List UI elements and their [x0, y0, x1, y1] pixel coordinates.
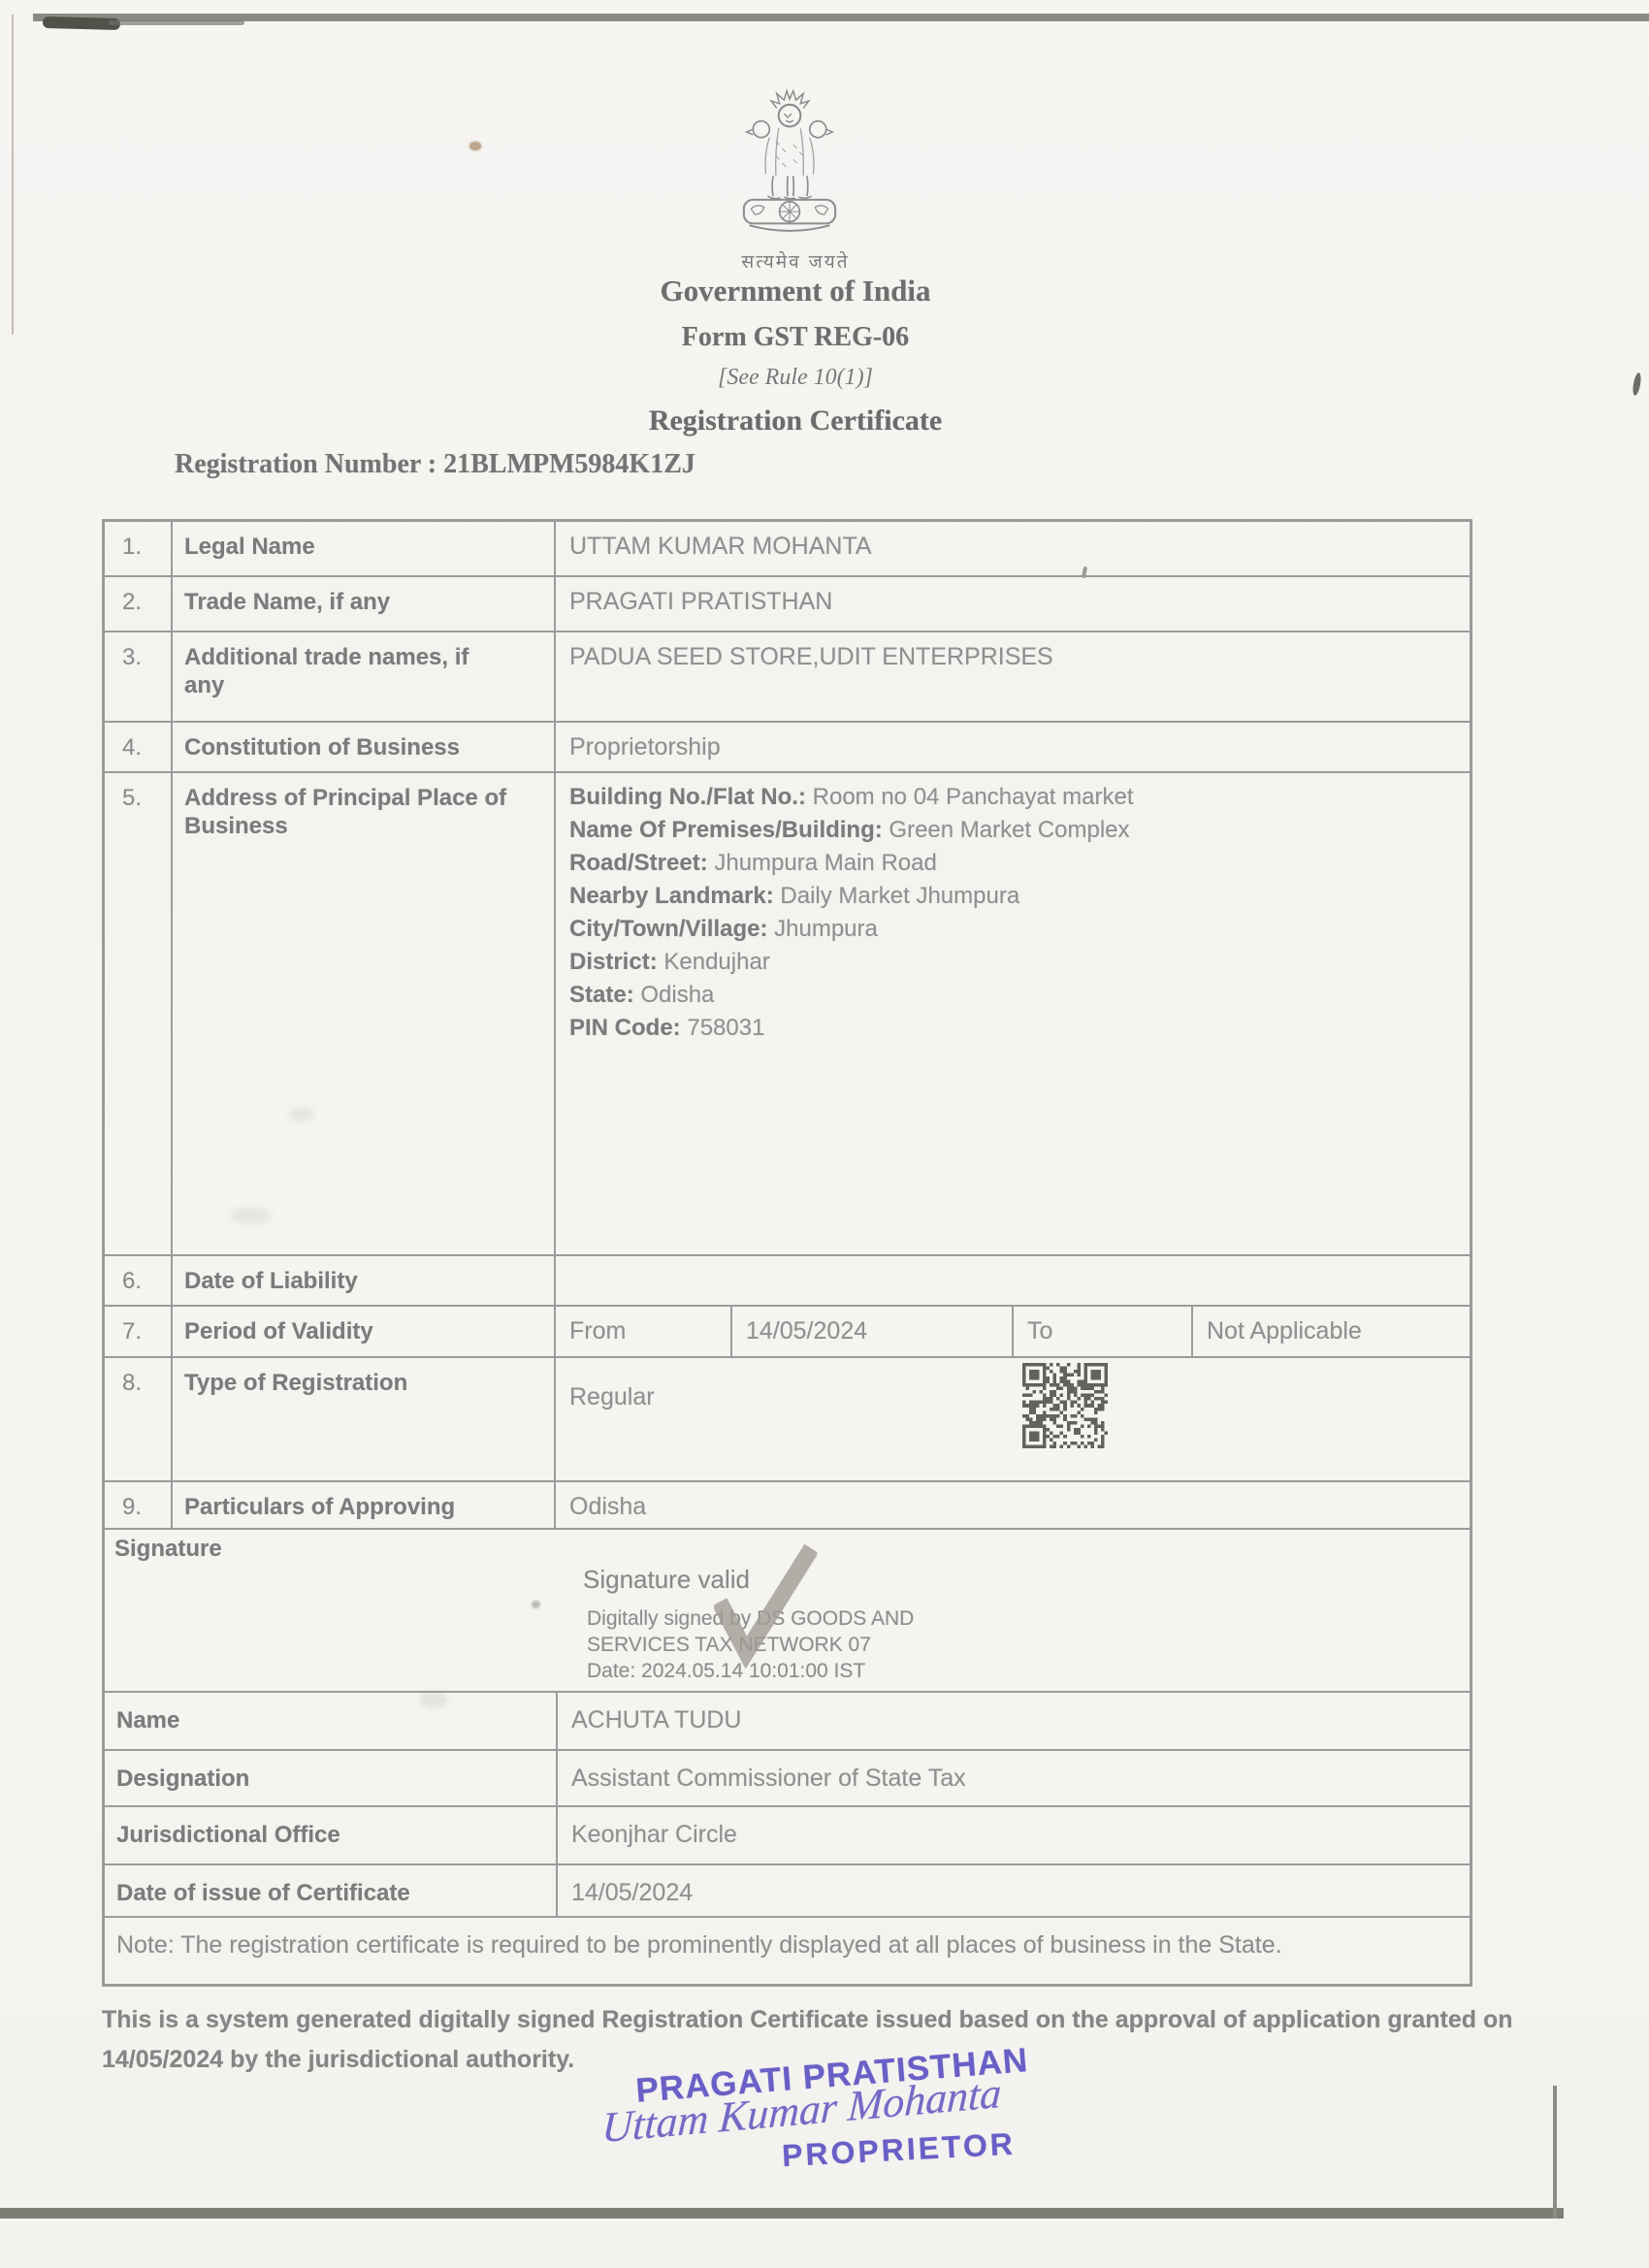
table-row-constitution: 4. Constitution of Business Proprietorsh…	[105, 721, 1470, 771]
row-number: 6.	[105, 1256, 171, 1305]
address-field-value: Kendujhar	[663, 949, 769, 975]
address-field-label: State:	[569, 982, 634, 1008]
row-value: Regular	[569, 1383, 655, 1410]
registration-number-value: 21BLMPM5984K1ZJ	[443, 449, 695, 479]
row-number: 5.	[105, 773, 171, 1254]
scan-right-edge	[1553, 2086, 1557, 2219]
validity-from-label: From	[556, 1307, 730, 1356]
table-row-trade-name: 2. Trade Name, if any PRAGATI PRATISTHAN	[105, 575, 1470, 631]
address-line: PIN Code: 758031	[569, 1012, 1456, 1045]
row-label: Name	[105, 1693, 556, 1749]
registration-number: Registration Number : 21BLMPM5984K1ZJ	[175, 449, 695, 480]
address-line: Road/Street: Jhumpura Main Road	[569, 847, 1456, 880]
row-value: Keonjhar Circle	[556, 1807, 1470, 1863]
address-field-value: 758031	[687, 1015, 764, 1041]
address-line: Name Of Premises/Building: Green Market …	[569, 814, 1456, 847]
signature-check-icon	[707, 1533, 819, 1686]
validity-from-value: 14/05/2024	[730, 1307, 1012, 1356]
row-label: Date of Liability	[171, 1256, 554, 1305]
address-line: Nearby Landmark: Daily Market Jhumpura	[569, 880, 1456, 913]
row-number: 7.	[105, 1307, 171, 1356]
registration-number-label: Registration Number :	[175, 449, 436, 479]
row-label: Constitution of Business	[171, 723, 554, 771]
address-field-label: Building No./Flat No.:	[569, 784, 806, 810]
table-row-officer-name: Name ACHUTA TUDU	[105, 1691, 1470, 1749]
ashoka-emblem-icon	[726, 87, 854, 244]
address-field-label: District:	[569, 949, 658, 975]
address-field-value: Jhumpura Main Road	[714, 850, 936, 876]
table-row-date-of-liability: 6. Date of Liability	[105, 1254, 1470, 1305]
row-label: Address of Principal Place of Business	[171, 773, 554, 1254]
scan-stain-dot	[469, 142, 481, 150]
table-row-designation: Designation Assistant Commissioner of St…	[105, 1749, 1470, 1805]
validity-to-value: Not Applicable	[1191, 1307, 1470, 1356]
row-number: 4.	[105, 723, 171, 771]
address-cell: Building No./Flat No.: Room no 04 Pancha…	[554, 773, 1470, 1254]
row-value: UTTAM KUMAR MOHANTA	[554, 522, 1470, 575]
row-label: Jurisdictional Office	[105, 1807, 556, 1863]
form-title: Form GST REG-06	[0, 322, 1591, 353]
certificate-page: सत्यमेव जयते Government of India Form GS…	[0, 0, 1649, 2268]
table-row-approving-authority: 9. Particulars of Approving Odisha	[105, 1480, 1470, 1528]
table-row-legal-name: 1. Legal Name UTTAM KUMAR MOHANTA	[105, 522, 1470, 575]
row-label: Period of Validity	[171, 1307, 554, 1356]
row-number: 9.	[105, 1482, 171, 1528]
address-field-label: Name Of Premises/Building:	[569, 817, 883, 843]
signature-cell: Signature Signature valid Digitally sign…	[105, 1530, 1470, 1691]
certificate-title: Registration Certificate	[0, 405, 1591, 437]
row-value	[554, 1256, 1470, 1305]
scan-mark-right	[1632, 373, 1642, 397]
government-title: Government of India	[0, 274, 1591, 308]
row-value: 14/05/2024	[556, 1865, 1470, 1916]
scan-top-line	[33, 14, 1649, 21]
address-line: Building No./Flat No.: Room no 04 Pancha…	[569, 781, 1456, 814]
row-value: ACHUTA TUDU	[556, 1693, 1470, 1749]
row-label: Legal Name	[171, 522, 554, 575]
table-row-signature: Signature Signature valid Digitally sign…	[105, 1528, 1470, 1691]
address-field-value: Odisha	[640, 982, 714, 1008]
row-label: Date of issue of Certificate	[105, 1865, 556, 1916]
registration-type-cell: Regular	[554, 1358, 1470, 1480]
table-row-type-of-registration: 8. Type of Registration Regular	[105, 1356, 1470, 1480]
row-value: Assistant Commissioner of State Tax	[556, 1751, 1470, 1805]
address-field-label: Road/Street:	[569, 850, 708, 876]
address-field-value: Jhumpura	[774, 916, 878, 942]
table-row-note: Note: The registration certificate is re…	[105, 1916, 1470, 1984]
address-field-value: Green Market Complex	[889, 817, 1129, 843]
scan-blob-tail	[109, 20, 244, 25]
emblem-caption: सत्यमेव जयते	[0, 248, 1591, 274]
address-field-value: Room no 04 Panchayat market	[813, 784, 1134, 810]
row-number: 3.	[105, 632, 171, 721]
note-text: Note: The registration certificate is re…	[105, 1918, 1470, 1984]
address-field-label: PIN Code:	[569, 1015, 681, 1041]
table-row-date-of-issue: Date of issue of Certificate 14/05/2024	[105, 1863, 1470, 1916]
qr-code-icon	[1022, 1361, 1108, 1450]
rule-reference: [See Rule 10(1)]	[0, 365, 1591, 391]
row-label: Type of Registration	[171, 1358, 554, 1480]
row-label: Particulars of Approving	[171, 1482, 554, 1528]
row-label: Trade Name, if any	[171, 577, 554, 631]
row-value: Proprietorship	[554, 723, 1470, 771]
signature-label: Signature	[114, 1536, 222, 1563]
address-field-label: Nearby Landmark:	[569, 883, 774, 909]
row-value: PRAGATI PRATISTHAN	[554, 577, 1470, 631]
table-row-jurisdictional-office: Jurisdictional Office Keonjhar Circle	[105, 1805, 1470, 1863]
certificate-table: 1. Legal Name UTTAM KUMAR MOHANTA 2. Tra…	[102, 519, 1472, 1987]
address-line: City/Town/Village: Jhumpura	[569, 913, 1456, 946]
table-row-address: 5. Address of Principal Place of Busines…	[105, 771, 1470, 1254]
table-row-additional-trade-names: 3. Additional trade names, if any PADUA …	[105, 631, 1470, 721]
row-label: Additional trade names, if any	[173, 632, 493, 710]
address-line: District: Kendujhar	[569, 946, 1456, 979]
address-line: State: Odisha	[569, 979, 1456, 1012]
row-number: 8.	[105, 1358, 171, 1480]
row-label: Designation	[105, 1751, 556, 1805]
address-field-value: Daily Market Jhumpura	[780, 883, 1019, 909]
row-value: PADUA SEED STORE,UDIT ENTERPRISES	[554, 632, 1470, 721]
scan-bottom-line	[0, 2208, 1564, 2219]
address-field-label: City/Town/Village:	[569, 916, 767, 942]
validity-to-label: To	[1012, 1307, 1191, 1356]
row-value: Odisha	[554, 1482, 1470, 1528]
row-number: 1.	[105, 522, 171, 575]
validity-cells: From 14/05/2024 To Not Applicable	[554, 1307, 1470, 1356]
row-number: 2.	[105, 577, 171, 631]
table-row-period-of-validity: 7. Period of Validity From 14/05/2024 To…	[105, 1305, 1470, 1356]
